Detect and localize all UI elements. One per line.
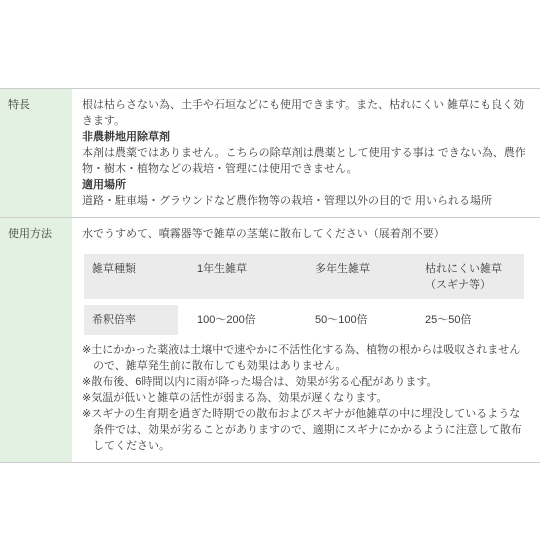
usage-notes: ※土にかかった薬液は土壌中で速やかに不活性化する為、植物の根からは吸収されません… (82, 342, 530, 454)
hardy-weed-header: 枯れにくい雑草（スギナ等） (406, 254, 524, 299)
annual-weed-ratio: 100〜200倍 (178, 305, 296, 335)
usage-row-label: 使用方法 (0, 218, 72, 462)
dilution-table-value-row: 希釈倍率 100〜200倍 50〜100倍 25〜50倍 (84, 305, 524, 335)
features-subheading-nonagricultural: 非農耕地用除草剤 (82, 129, 530, 145)
usage-row: 使用方法 水でうすめて、噴霧器等で雑草の茎葉に散布してください（展着剤不要） 雑… (0, 217, 540, 463)
features-row-label: 特長 (0, 89, 72, 217)
perennial-weed-header: 多年生雑草 (296, 254, 406, 299)
hardy-weed-ratio: 25〜50倍 (406, 305, 524, 335)
features-paragraph: 道路・駐車場・グラウンドなど農作物等の栽培・管理以外の目的で 用いられる場所 (82, 193, 530, 209)
usage-intro: 水でうすめて、噴霧器等で雑草の茎葉に散布してください（展着剤不要） (82, 226, 530, 242)
annual-weed-header: 1年生雑草 (178, 254, 296, 299)
usage-content: 水でうすめて、噴霧器等で雑草の茎葉に散布してください（展着剤不要） 雑草種類 1… (72, 218, 540, 462)
perennial-weed-ratio: 50〜100倍 (296, 305, 406, 335)
features-row: 特長 根は枯らさない為、土手や石垣などにも使用できます。また、枯れにくい 雑草に… (0, 88, 540, 217)
features-paragraph: 根は枯らさない為、土手や石垣などにも使用できます。また、枯れにくい 雑草にも良く… (82, 97, 530, 129)
features-content: 根は枯らさない為、土手や石垣などにも使用できます。また、枯れにくい 雑草にも良く… (72, 89, 540, 217)
usage-note: ※散布後、6時間以内に雨が降った場合は、効果が劣る心配があります。 (82, 374, 530, 390)
dilution-ratio-label: 希釈倍率 (84, 305, 178, 335)
usage-note: ※土にかかった薬液は土壌中で速やかに不活性化する為、植物の根からは吸収されません… (82, 342, 530, 374)
usage-note: ※スギナの生育期を過ぎた時期での散布およびスギナが他雑草の中に埋没しているような… (82, 406, 530, 454)
dilution-table: 雑草種類 1年生雑草 多年生雑草 枯れにくい雑草（スギナ等） 希釈倍率 100〜… (84, 254, 524, 335)
dilution-table-header-row: 雑草種類 1年生雑草 多年生雑草 枯れにくい雑草（スギナ等） (84, 254, 524, 299)
weed-type-header: 雑草種類 (84, 254, 178, 299)
features-subheading-applicable-sites: 適用場所 (82, 177, 530, 193)
features-paragraph: 本剤は農薬ではありません。こちらの除草剤は農薬として使用する事は できない為、農… (82, 145, 530, 177)
product-spec-table: 特長 根は枯らさない為、土手や石垣などにも使用できます。また、枯れにくい 雑草に… (0, 88, 540, 463)
usage-note: ※気温が低いと雑草の活性が弱まる為、効果が遅くなります。 (82, 390, 530, 406)
